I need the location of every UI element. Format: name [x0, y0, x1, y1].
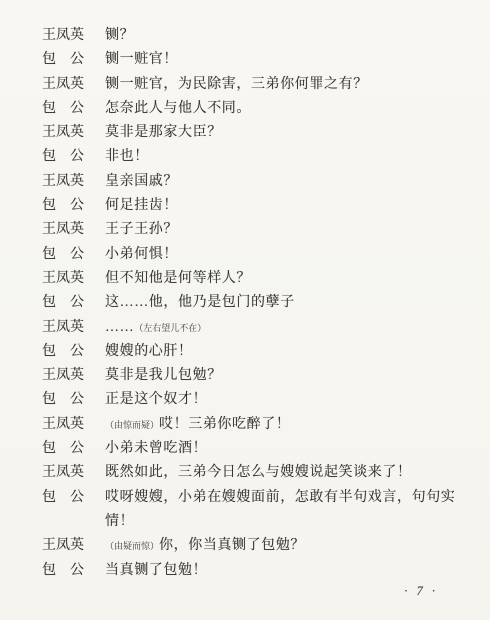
dialogue-text: 怎奈此人与他人不同。: [105, 97, 462, 121]
dialogue-area: 王凤英铡？包 公铡一赃官！王凤英铡一赃官，为民除害，三弟你何罪之有？包 公怎奈此…: [42, 24, 462, 583]
dialogue-segment: 莫非是那家大臣？: [105, 125, 222, 140]
dialogue-row: 王凤英莫非是我儿包勉？: [42, 364, 462, 388]
dialogue-segment: 哎！三弟你吃醉了！: [159, 417, 290, 432]
dialogue-row: 王凤英既然如此，三弟今日怎么与嫂嫂说起笑谈来了！: [42, 461, 462, 485]
dialogue-row: 王凤英王子王孙？: [42, 218, 462, 242]
dialogue-row: 王凤英铡一赃官，为民除害，三弟你何罪之有？: [42, 73, 462, 97]
speaker-label: 包 公: [42, 486, 105, 510]
dialogue-segment: 情！: [105, 514, 134, 529]
dialogue-text: 哎呀嫂嫂，小弟在嫂嫂面前，怎敢有半句戏言，句句实情！: [105, 486, 462, 535]
dialogue-segment: 铡一赃官！: [105, 52, 178, 67]
dialogue-text: 铡一赃官！: [105, 48, 462, 72]
speaker-label: 包 公: [42, 243, 105, 267]
speaker-label: 包 公: [42, 559, 105, 583]
dialogue-text: 皇亲国戚？: [105, 170, 462, 194]
dialogue-row: 包 公何足挂齿！: [42, 194, 462, 218]
dialogue-text: 何足挂齿！: [105, 194, 462, 218]
dialogue-text: （由惊而疑）哎！三弟你吃醉了！: [105, 413, 462, 437]
dialogue-segment: 嫂嫂的心肝！: [105, 344, 193, 359]
dialogue-text: 铡一赃官，为民除害，三弟你何罪之有？: [105, 73, 462, 97]
dialogue-segment: 铡一赃官，为民除害，三弟你何罪之有？: [105, 77, 368, 92]
dialogue-text: 非也！: [105, 145, 462, 169]
stage-direction: （由疑而惊）: [105, 541, 159, 551]
speaker-label: 王凤英: [42, 121, 105, 145]
speaker-label: 包 公: [42, 48, 105, 72]
speaker-label: 王凤英: [42, 534, 105, 558]
dialogue-segment: 非也！: [105, 149, 149, 164]
speaker-label: 王凤英: [42, 218, 105, 242]
speaker-label: 王凤英: [42, 461, 105, 485]
dialogue-row: 包 公嫂嫂的心肝！: [42, 340, 462, 364]
dialogue-row: 包 公非也！: [42, 145, 462, 169]
dialogue-text: 小弟何惧！: [105, 243, 462, 267]
dialogue-text: ……（左右望儿不在）: [105, 316, 462, 340]
dialogue-segment: 但不知他是何等样人？: [105, 271, 251, 286]
speaker-label: 王凤英: [42, 316, 105, 340]
dialogue-segment: 正是这个奴才！: [105, 392, 207, 407]
dialogue-text: 铡？: [105, 24, 462, 48]
dialogue-text: （由疑而惊）你，你当真铡了包勉？: [105, 534, 462, 558]
stage-direction: （左右望儿不在）: [134, 323, 206, 333]
dialogue-row: 包 公小弟何惧！: [42, 243, 462, 267]
dialogue-segment: 何足挂齿！: [105, 198, 178, 213]
dialogue-segment: 哎呀嫂嫂，小弟在嫂嫂面前，怎敢有半句戏言，句句实: [105, 490, 455, 505]
dialogue-segment: 怎奈此人与他人不同。: [105, 101, 251, 116]
dialogue-row: 王凤英……（左右望儿不在）: [42, 316, 462, 340]
dialogue-row: 包 公小弟未曾吃酒！: [42, 437, 462, 461]
dialogue-text: 但不知他是何等样人？: [105, 267, 462, 291]
dialogue-text: 当真铡了包勉！: [105, 559, 462, 583]
dialogue-row: 包 公当真铡了包勉！: [42, 559, 462, 583]
dialogue-text: 这……他，他乃是包门的孽子: [105, 291, 462, 315]
speaker-label: 包 公: [42, 388, 105, 412]
dialogue-segment: 你，你当真铡了包勉？: [159, 538, 305, 553]
dialogue-row: 王凤英（由疑而惊）你，你当真铡了包勉？: [42, 534, 462, 558]
speaker-label: 王凤英: [42, 413, 105, 437]
page-number: · 7 ·: [404, 584, 438, 599]
dialogue-text: 小弟未曾吃酒！: [105, 437, 462, 461]
speaker-label: 王凤英: [42, 364, 105, 388]
dialogue-text: 莫非是那家大臣？: [105, 121, 462, 145]
dialogue-row: 王凤英但不知他是何等样人？: [42, 267, 462, 291]
speaker-label: 包 公: [42, 340, 105, 364]
dialogue-row: 王凤英（由惊而疑）哎！三弟你吃醉了！: [42, 413, 462, 437]
dialogue-row: 包 公铡一赃官！: [42, 48, 462, 72]
dialogue-text: 莫非是我儿包勉？: [105, 364, 462, 388]
dialogue-row: 王凤英莫非是那家大臣？: [42, 121, 462, 145]
dialogue-segment: 这……他，他乃是包门的孽子: [105, 295, 295, 310]
dialogue-row: 包 公怎奈此人与他人不同。: [42, 97, 462, 121]
scanned-script-page: 王凤英铡？包 公铡一赃官！王凤英铡一赃官，为民除害，三弟你何罪之有？包 公怎奈此…: [0, 0, 490, 620]
dialogue-row: 包 公正是这个奴才！: [42, 388, 462, 412]
speaker-label: 包 公: [42, 145, 105, 169]
speaker-label: 王凤英: [42, 170, 105, 194]
dialogue-segment: ……: [105, 320, 134, 335]
dialogue-segment: 王子王孙？: [105, 222, 178, 237]
speaker-label: 包 公: [42, 194, 105, 218]
speaker-label: 王凤英: [42, 267, 105, 291]
dialogue-segment: 铡？: [105, 28, 134, 43]
dialogue-text: 正是这个奴才！: [105, 388, 462, 412]
dialogue-segment: 当真铡了包勉！: [105, 563, 207, 578]
stage-direction: （由惊而疑）: [105, 420, 159, 430]
dialogue-segment: 莫非是我儿包勉？: [105, 368, 222, 383]
dialogue-row: 包 公哎呀嫂嫂，小弟在嫂嫂面前，怎敢有半句戏言，句句实情！: [42, 486, 462, 535]
speaker-label: 包 公: [42, 437, 105, 461]
dialogue-text: 嫂嫂的心肝！: [105, 340, 462, 364]
speaker-label: 包 公: [42, 97, 105, 121]
dialogue-row: 包 公这……他，他乃是包门的孽子: [42, 291, 462, 315]
dialogue-text: 王子王孙？: [105, 218, 462, 242]
dialogue-segment: 小弟未曾吃酒！: [105, 441, 207, 456]
dialogue-segment: 既然如此，三弟今日怎么与嫂嫂说起笑谈来了！: [105, 465, 412, 480]
dialogue-row: 王凤英铡？: [42, 24, 462, 48]
speaker-label: 王凤英: [42, 24, 105, 48]
speaker-label: 包 公: [42, 291, 105, 315]
speaker-label: 王凤英: [42, 73, 105, 97]
dialogue-text: 既然如此，三弟今日怎么与嫂嫂说起笑谈来了！: [105, 461, 462, 485]
dialogue-segment: 皇亲国戚？: [105, 174, 178, 189]
dialogue-segment: 小弟何惧！: [105, 247, 178, 262]
dialogue-row: 王凤英皇亲国戚？: [42, 170, 462, 194]
